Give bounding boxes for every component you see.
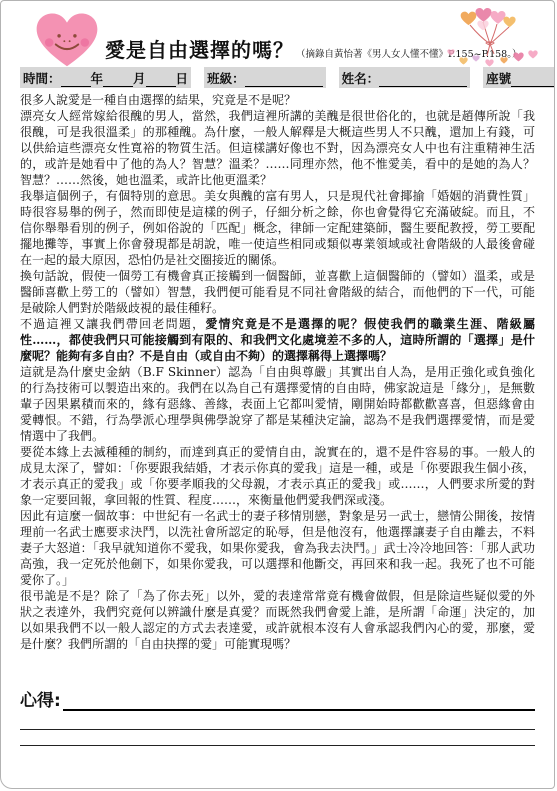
time-field: 時間： 年 月 日 — [20, 67, 191, 88]
month-label: 月 — [133, 69, 146, 87]
body-paragraph: 這就是為什麼史金納（B.F Skinner）認為「自由與尊嚴」其實出自人為，是用… — [20, 364, 535, 444]
class-blank[interactable] — [245, 73, 323, 87]
name-label: 姓名： — [342, 69, 380, 87]
time-label: 時間： — [23, 69, 61, 87]
reflection-blank-line[interactable] — [63, 691, 535, 711]
paragraph-text: 換句話說，假使一個勞工有機會真正接觸到一個醫師，並喜歡上這個醫師的（譬如）溫柔，… — [20, 269, 535, 315]
body-paragraph: 不過這裡又讓我們帶回老問題，愛情究竟是不是選擇的呢？假使我們的職業生涯、階級屬性… — [20, 316, 535, 364]
page-title: 愛是自由選擇的嗎？ — [105, 34, 294, 63]
worksheet-header: 愛是自由選擇的嗎？ （摘錄自黃怡著《男人女人懂不懂》P.155~P.158。） — [1, 1, 554, 67]
reflection-label: 心得: — [20, 686, 61, 711]
body-paragraph: 我舉這個例子，有個特別的意思。美女與醜的富有男人，只是現代社會揶揄「婚姻的消費性… — [20, 188, 535, 268]
body-paragraph: 因此有這麼一個故事：中世紀有一名武士的妻子移情別戀，對象是另一武士，戀情公開後，… — [20, 508, 535, 588]
year-label: 年 — [91, 69, 104, 87]
class-label: 班級： — [207, 69, 245, 87]
body-paragraph: 換句話說，假使一個勞工有機會真正接觸到一個醫師，並喜歡上這個醫師的（譬如）溫柔，… — [20, 268, 535, 316]
paragraph-text: 這就是為什麼史金納（B.F Skinner）認為「自由與尊嚴」其實出自人為，是用… — [20, 365, 535, 443]
body-paragraph: 要從本緣上去滅種種的制約，而達到真正的愛情自由，說實在的，還不是件容易的事。一般… — [20, 444, 535, 508]
body-paragraph: 很弔詭是不是？除了「為了你去死」以外，愛的表達常常竟有機會做假，但是除這些疑似愛… — [20, 588, 535, 652]
paragraph-text: 要從本緣上去滅種種的制約，而達到真正的愛情自由，說實在的，還不是件容易的事。一般… — [20, 445, 535, 507]
class-field: 班級： — [204, 67, 326, 88]
paragraph-text: 我舉這個例子，有個特別的意思。美女與醜的富有男人，只是現代社會揶揄「婚姻的消費性… — [20, 189, 535, 267]
name-blank[interactable] — [379, 73, 467, 87]
reflection-blank-line[interactable] — [20, 730, 535, 746]
body-paragraph: 很多人說愛是一種自由選擇的結果，究竟是不是呢？ — [20, 92, 535, 108]
reflection-section: 心得: — [20, 686, 535, 746]
reflection-blank-line[interactable] — [20, 714, 535, 730]
year-blank[interactable] — [61, 73, 91, 87]
smiley-heart-icon — [34, 12, 100, 69]
seat-label: 座號 — [486, 69, 511, 87]
worksheet-page: 愛是自由選擇的嗎？ （摘錄自黃怡著《男人女人懂不懂》P.155~P.158。） — [0, 0, 555, 789]
day-blank[interactable] — [146, 73, 176, 87]
seat-blank[interactable] — [511, 73, 555, 87]
month-blank[interactable] — [103, 73, 133, 87]
paragraph-text: 很多人說愛是一種自由選擇的結果，究竟是不是呢？ — [20, 93, 296, 107]
heart-balloons-icon — [446, 7, 548, 71]
paragraph-text: 很弔詭是不是？除了「為了你去死」以外，愛的表達常常竟有機會做假，但是除這些疑似愛… — [20, 589, 535, 651]
day-label: 日 — [176, 69, 189, 87]
paragraph-text: 不過這裡又讓我們帶回老問題， — [20, 317, 205, 331]
body-paragraph: 漂亮女人經常嫁給很醜的男人，當然，我們這裡所講的美醜是很世俗化的，也就是趙傳所說… — [20, 108, 535, 188]
paragraph-text: 漂亮女人經常嫁給很醜的男人，當然，我們這裡所講的美醜是很世俗化的，也就是趙傳所說… — [20, 109, 535, 187]
article-body: 很多人說愛是一種自由選擇的結果，究竟是不是呢？ 漂亮女人經常嫁給很醜的男人，當然… — [20, 92, 535, 652]
paragraph-text: 因此有這麼一個故事：中世紀有一名武士的妻子移情別戀，對象是另一武士，戀情公開後，… — [20, 509, 535, 587]
